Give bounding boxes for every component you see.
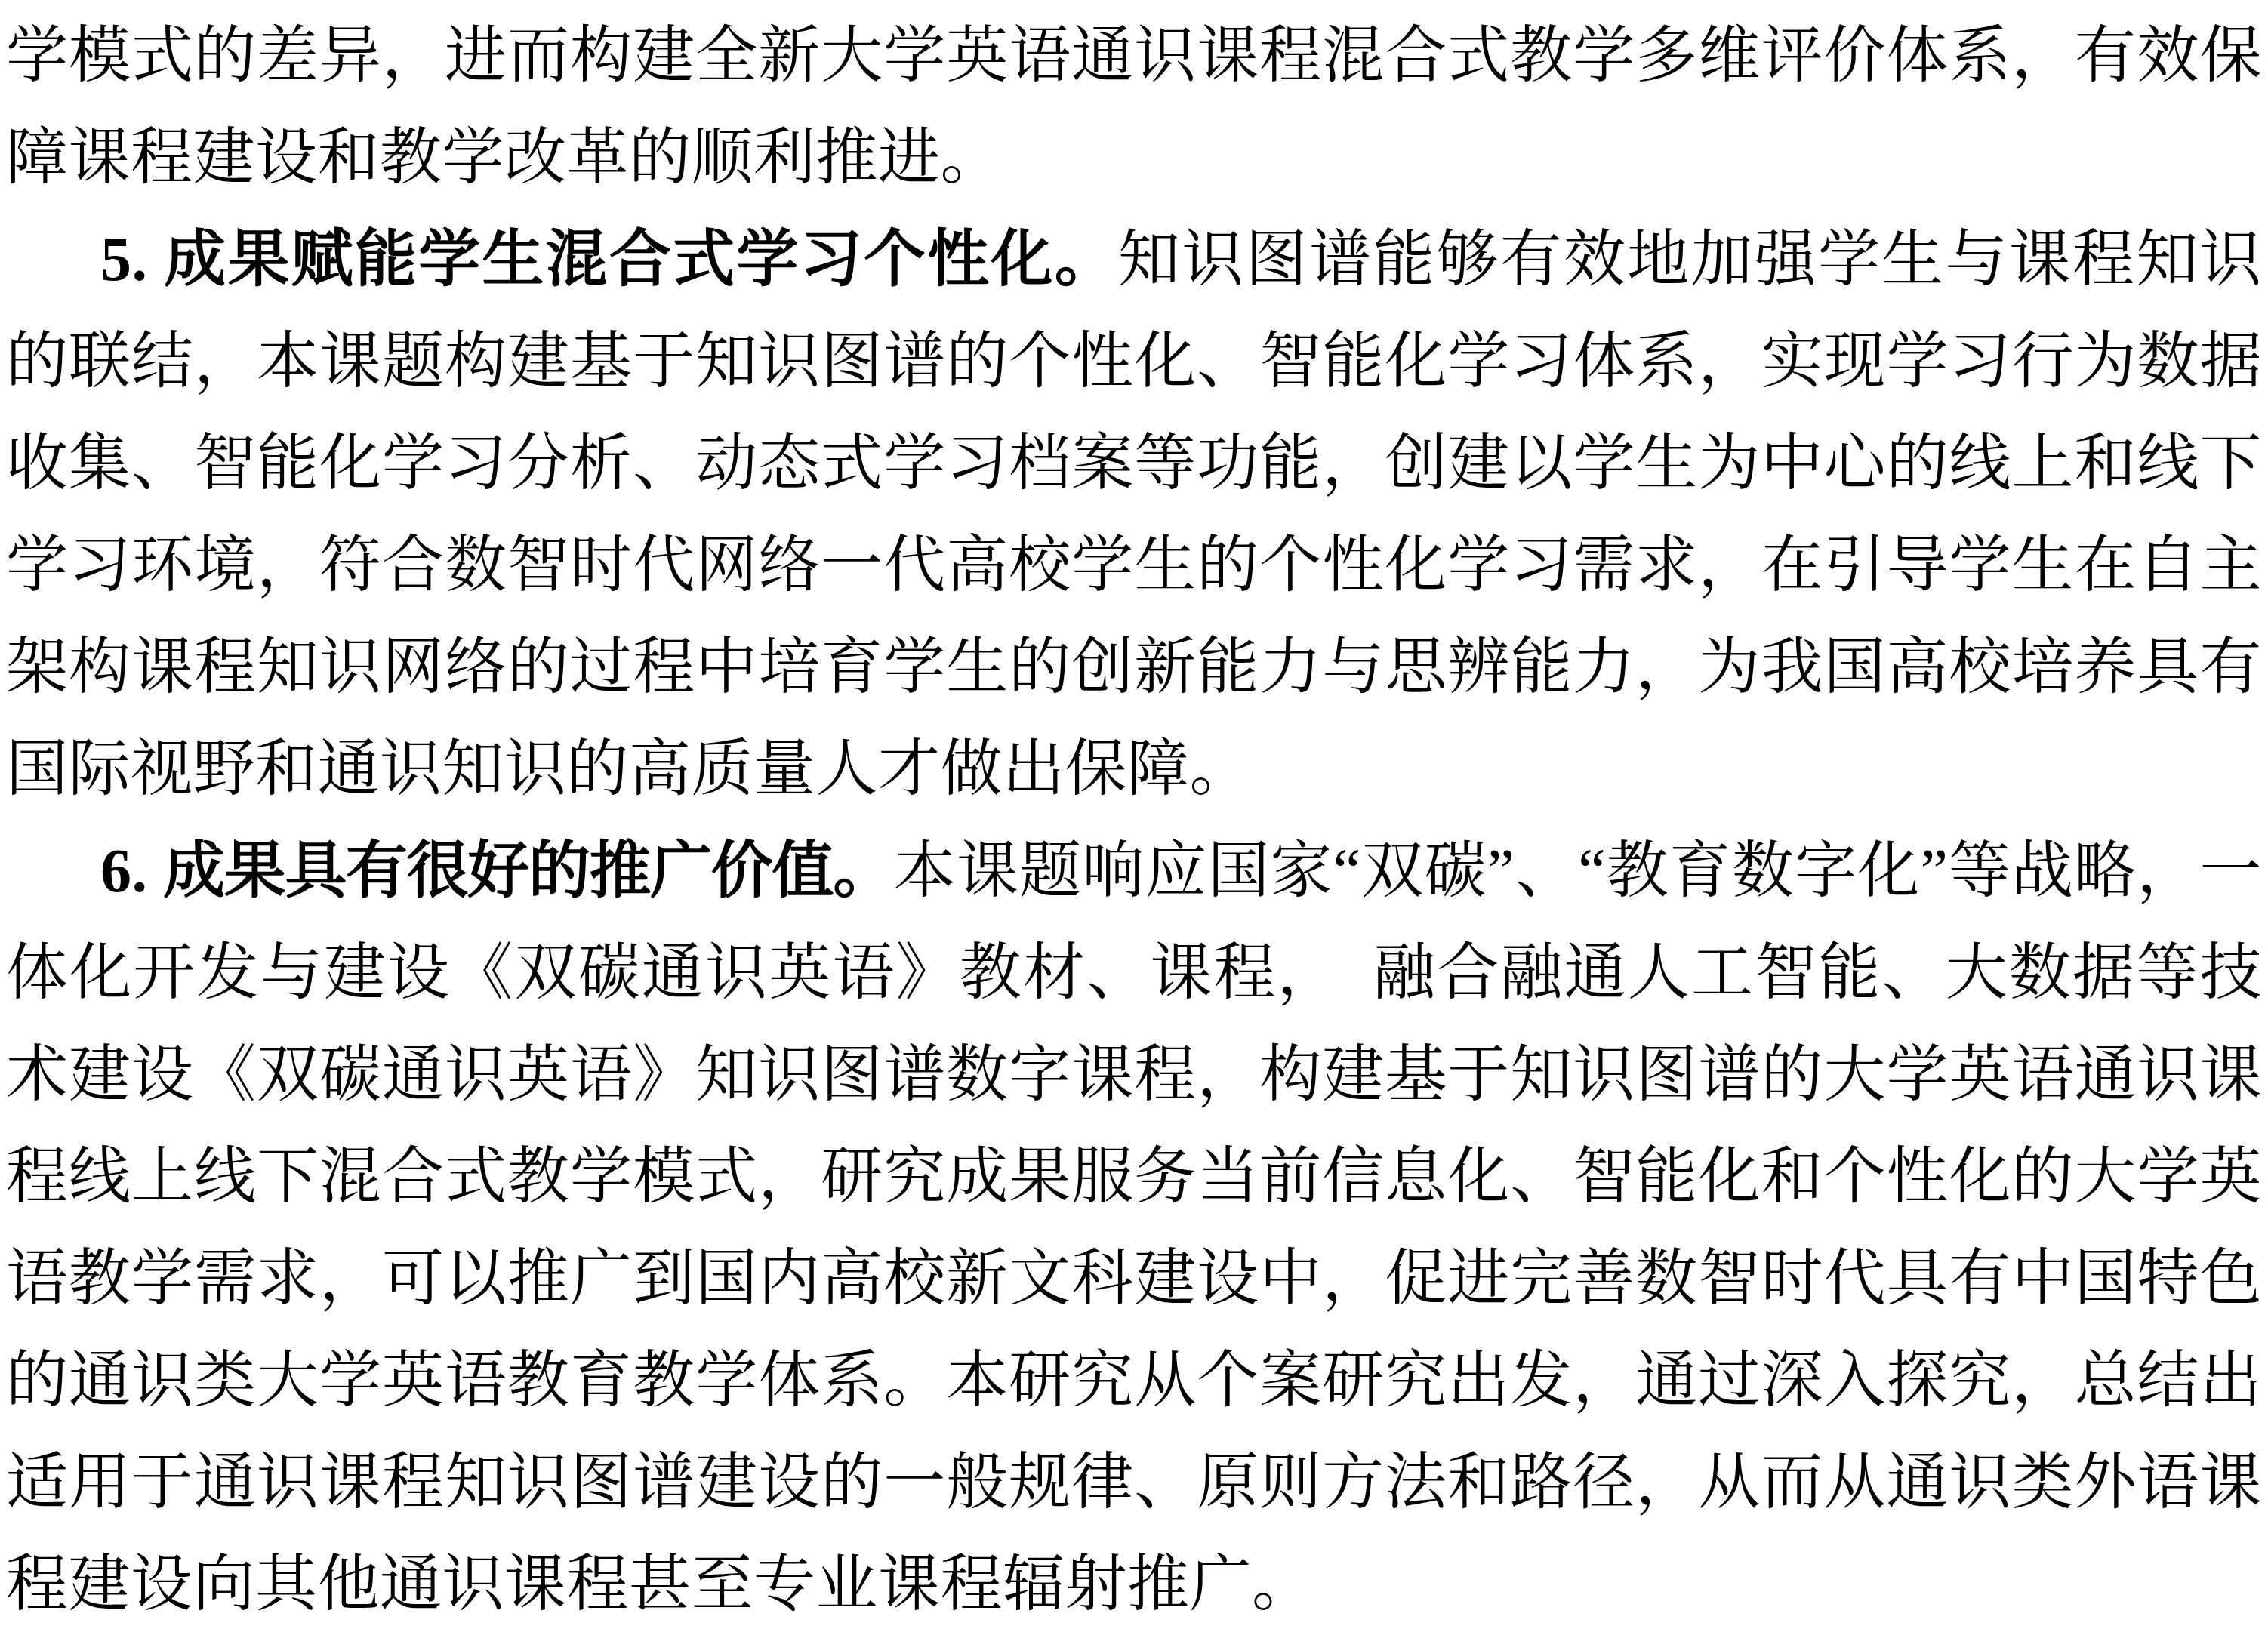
paragraph-text: 知识图谱能够有效地加强学生与课程知识的联结，本课题构建基于知识图谱的个性化、智能… [6,225,2262,803]
list-number: 5. [100,225,148,294]
paragraph-item-6: 6.成果具有很好的推广价值。本课题响应国家“双碳”、“教育数字化”等战略，一体化… [6,820,2262,1635]
paragraph-heading: 成果具有很好的推广价值。 [163,836,894,905]
paragraph-text: 本课题响应国家“双碳”、“教育数字化”等战略，一体化开发与建设《双碳通识英语》教… [6,836,2262,1618]
list-number: 6. [100,836,148,905]
paragraph-continuation: 学模式的差异，进而构建全新大学英语通识课程混合式教学多维评价体系，有效保障课程建… [6,5,2262,208]
paragraph-heading: 成果赋能学生混合式学习个性化。 [163,225,1119,294]
paragraph-item-5: 5.成果赋能学生混合式学习个性化。知识图谱能够有效地加强学生与课程知识的联结，本… [6,208,2262,820]
document-page: 学模式的差异，进而构建全新大学英语通识课程混合式教学多维评价体系，有效保障课程建… [0,0,2268,1635]
paragraph-text: 学模式的差异，进而构建全新大学英语通识课程混合式教学多维评价体系，有效保障课程建… [6,21,2262,192]
